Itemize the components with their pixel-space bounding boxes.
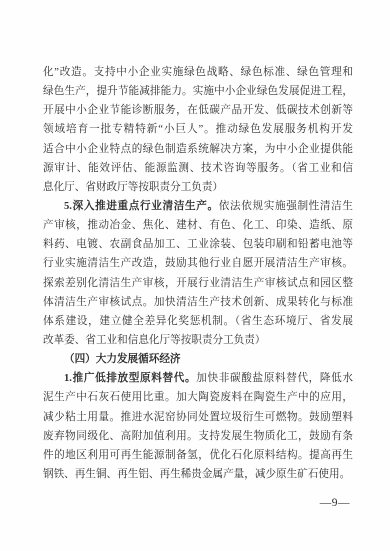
- document-page: 化”改造。支持中小企业实施绿色战略、绿色标准、绿色管理和绿色生产，提升节能减排能…: [0, 0, 390, 551]
- text-segment: 体清洁生产审核试点。加快清洁生产技术创新、成果转化与标准: [43, 297, 353, 308]
- text-segment: 废弃物同级化、高附加值利用。支持发展生物质化工，鼓励有条: [43, 431, 353, 442]
- text-segment: 料药、电镀、农副食品加工、工业涂装、包装印刷和铅蓄电池等: [43, 239, 353, 250]
- text-segment: 件的地区利用可再生能源制备氢，优化石化原料结构。提高再生: [43, 450, 353, 461]
- text-line: 改革委、省工业和信息化厅等按职责分工负责）: [43, 331, 353, 350]
- text-segment: 减少粘土用量。推进水泥窑协同处置垃圾衍生可燃物。鼓励塑料: [43, 412, 353, 423]
- text-segment: 适合中小企业特点的绿色制造系统解决方案，为中小企业提供能: [43, 144, 353, 155]
- text-line: 料药、电镀、农副食品加工、工业涂装、包装印刷和铅蓄电池等: [43, 235, 353, 254]
- text-line: 息化厅、省财政厅等按职责分工负责）: [43, 178, 353, 197]
- text-segment: 化”改造。支持中小企业实施绿色战略、绿色标准、绿色管理和: [43, 67, 353, 78]
- text-segment: 泥生产中石灰石使用比重。加大陶瓷废料在陶瓷生产中的应用，: [43, 392, 353, 403]
- text-line: 1.推广低排放型原料替代。加快非碳酸盐原料替代，降低水: [43, 369, 353, 388]
- text-line: 探索差别化清洁生产审核，开展行业清洁生产审核试点和园区整: [43, 274, 353, 293]
- text-line: 化”改造。支持中小企业实施绿色战略、绿色标准、绿色管理和: [43, 63, 353, 82]
- text-line: 废弃物同级化、高附加值利用。支持发展生物质化工，鼓励有条: [43, 427, 353, 446]
- text-line: 绿色生产，提升节能减排能力。实施中小企业绿色发展促进工程，: [43, 82, 353, 101]
- text-segment: 开展中小企业节能诊断服务，在低碳产品开发、低碳技术创新等: [43, 105, 353, 116]
- text-line: 开展中小企业节能诊断服务，在低碳产品开发、低碳技术创新等: [43, 101, 353, 120]
- text-segment: 行业实施清洁生产改造，鼓励其他行业自愿开展清洁生产审核。: [43, 258, 353, 269]
- text-line: 行业实施清洁生产改造，鼓励其他行业自愿开展清洁生产审核。: [43, 254, 353, 273]
- text-segment: 产审核，推动冶金、焦化、建材、有色、化工、印染、造纸、原: [43, 220, 353, 231]
- text-line: 钢铁、再生铜、再生铝、再生稀贵金属产量，减少原生矿石使用。: [43, 465, 353, 484]
- text-line: 产审核，推动冶金、焦化、建材、有色、化工、印染、造纸、原: [43, 216, 353, 235]
- text-line: 体系建设，建立健全差异化奖惩机制。（省生态环境厅、省发展: [43, 312, 353, 331]
- bold-text-segment: 1.推广低排放型原料替代。: [64, 373, 196, 384]
- text-segment: 源审计、能效评估、能源监测、技术咨询等服务。（省工业和信: [43, 163, 353, 174]
- text-segment: 加快非碳酸盐原料替代，降低水: [196, 373, 353, 384]
- bold-text-segment: 5.深入推进重点行业清洁生产。: [64, 201, 219, 212]
- text-segment: 依法依规实施强制性清洁生: [219, 201, 353, 212]
- text-segment: 息化厅、省财政厅等按职责分工负责）: [43, 182, 223, 193]
- text-line: 减少粘土用量。推进水泥窑协同处置垃圾衍生可燃物。鼓励塑料: [43, 408, 353, 427]
- text-line: （四）大力发展循环经济: [43, 350, 353, 369]
- text-line: 源审计、能效评估、能源监测、技术咨询等服务。（省工业和信: [43, 159, 353, 178]
- text-segment: 体系建设，建立健全差异化奖惩机制。（省生态环境厅、省发展: [43, 316, 353, 327]
- document-text: 化”改造。支持中小企业实施绿色战略、绿色标准、绿色管理和绿色生产，提升节能减排能…: [43, 63, 353, 484]
- text-segment: 领域培育一批专精特新“小巨人”。推动绿色发展服务机构开发: [43, 124, 353, 135]
- bold-text-segment: （四）大力发展循环经济: [64, 354, 181, 365]
- text-segment: 绿色生产，提升节能减排能力。实施中小企业绿色发展促进工程，: [43, 86, 353, 97]
- text-segment: 钢铁、再生铜、再生铝、再生稀贵金属产量，减少原生矿石使用。: [43, 469, 350, 480]
- page-number: —9—: [320, 496, 350, 510]
- text-line: 件的地区利用可再生能源制备氢，优化石化原料结构。提高再生: [43, 446, 353, 465]
- text-line: 5.深入推进重点行业清洁生产。依法依规实施强制性清洁生: [43, 197, 353, 216]
- text-line: 泥生产中石灰石使用比重。加大陶瓷废料在陶瓷生产中的应用，: [43, 388, 353, 407]
- text-line: 体清洁生产审核试点。加快清洁生产技术创新、成果转化与标准: [43, 293, 353, 312]
- text-line: 适合中小企业特点的绿色制造系统解决方案，为中小企业提供能: [43, 140, 353, 159]
- text-segment: 改革委、省工业和信息化厅等按职责分工负责）: [43, 335, 265, 346]
- text-segment: 探索差别化清洁生产审核，开展行业清洁生产审核试点和园区整: [43, 278, 353, 289]
- text-line: 领域培育一批专精特新“小巨人”。推动绿色发展服务机构开发: [43, 120, 353, 139]
